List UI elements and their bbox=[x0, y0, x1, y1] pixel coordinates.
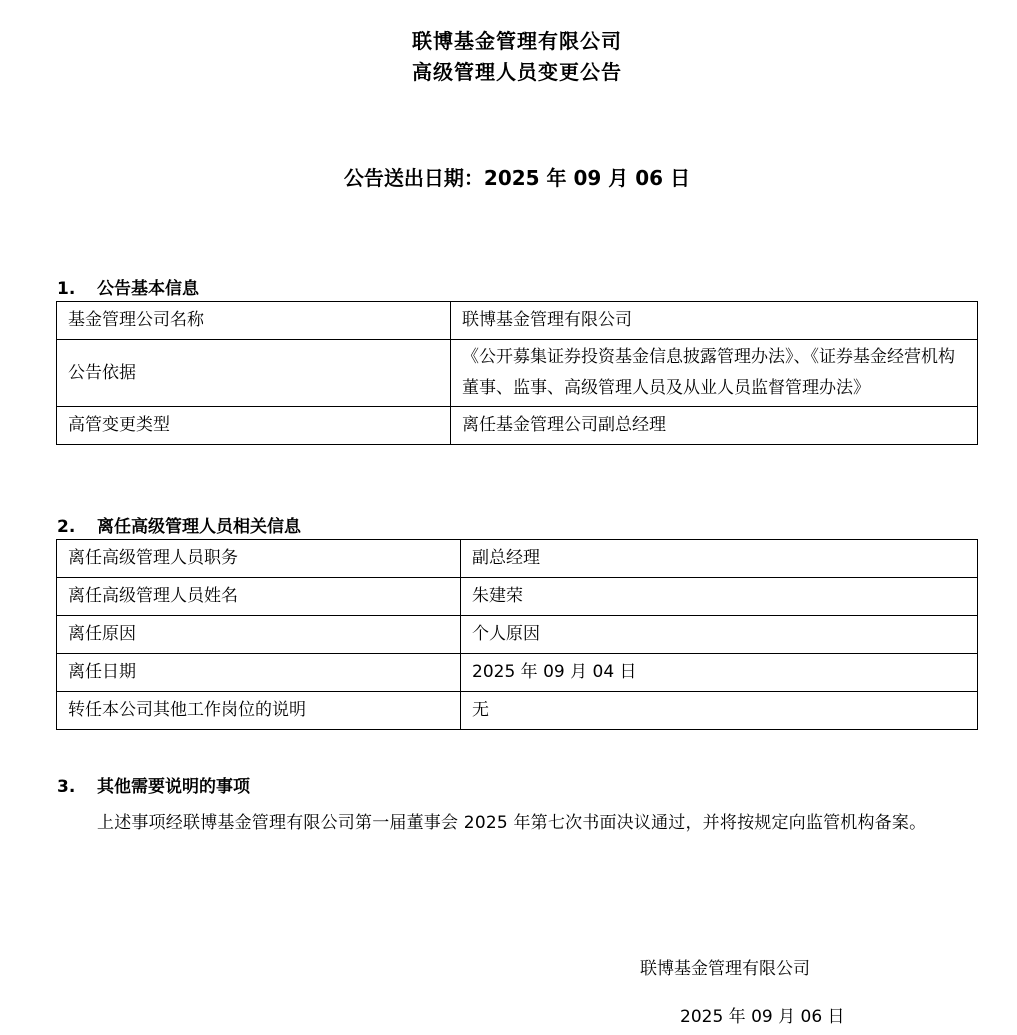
section-title: 其他需要说明的事项 bbox=[97, 777, 250, 797]
row-value: 2025 年 09 月 04 日 bbox=[461, 654, 978, 692]
section-number: 2. bbox=[57, 517, 97, 537]
table-row: 基金管理公司名称 联博基金管理有限公司 bbox=[57, 302, 978, 340]
section-3-heading: 3.其他需要说明的事项 bbox=[57, 772, 250, 797]
row-label: 高管变更类型 bbox=[57, 407, 451, 445]
row-value: 无 bbox=[461, 692, 978, 730]
row-label: 基金管理公司名称 bbox=[57, 302, 451, 340]
section-title: 离任高级管理人员相关信息 bbox=[97, 517, 301, 537]
section-title: 公告基本信息 bbox=[97, 279, 199, 299]
row-value: 《公开募集证券投资基金信息披露管理办法》、《证券基金经营机构董事、监事、高级管理… bbox=[451, 340, 978, 407]
row-label: 离任高级管理人员职务 bbox=[57, 540, 461, 578]
row-value: 离任基金管理公司副总经理 bbox=[451, 407, 978, 445]
signature-company: 联博基金管理有限公司 bbox=[640, 954, 810, 979]
other-matters-paragraph: 上述事项经联博基金管理有限公司第一届董事会 2025 年第七次书面决议通过，并将… bbox=[57, 800, 979, 847]
departing-executive-table: 离任高级管理人员职务 副总经理 离任高级管理人员姓名 朱建荣 离任原因 个人原因… bbox=[56, 539, 978, 730]
table-row: 公告依据 《公开募集证券投资基金信息披露管理办法》、《证券基金经营机构董事、监事… bbox=[57, 340, 978, 407]
table-row: 离任原因 个人原因 bbox=[57, 616, 978, 654]
table-row: 离任高级管理人员职务 副总经理 bbox=[57, 540, 978, 578]
row-label: 离任原因 bbox=[57, 616, 461, 654]
signature-date: 2025 年 09 月 06 日 bbox=[680, 1002, 845, 1027]
row-label: 离任高级管理人员姓名 bbox=[57, 578, 461, 616]
company-title: 联博基金管理有限公司 bbox=[0, 25, 1017, 54]
table-row: 转任本公司其他工作岗位的说明 无 bbox=[57, 692, 978, 730]
row-value: 联博基金管理有限公司 bbox=[451, 302, 978, 340]
section-1-heading: 1.公告基本信息 bbox=[57, 274, 199, 299]
section-number: 1. bbox=[57, 279, 97, 299]
basic-info-table: 基金管理公司名称 联博基金管理有限公司 公告依据 《公开募集证券投资基金信息披露… bbox=[56, 301, 978, 445]
section-2-heading: 2.离任高级管理人员相关信息 bbox=[57, 512, 301, 537]
send-date: 公告送出日期：2025 年 09 月 06 日 bbox=[0, 162, 1017, 191]
section-number: 3. bbox=[57, 777, 97, 797]
table-row: 离任高级管理人员姓名 朱建荣 bbox=[57, 578, 978, 616]
table-row: 离任日期 2025 年 09 月 04 日 bbox=[57, 654, 978, 692]
table-row: 高管变更类型 离任基金管理公司副总经理 bbox=[57, 407, 978, 445]
row-value: 朱建荣 bbox=[461, 578, 978, 616]
announcement-title: 高级管理人员变更公告 bbox=[0, 56, 1017, 85]
row-label: 公告依据 bbox=[57, 340, 451, 407]
row-label: 转任本公司其他工作岗位的说明 bbox=[57, 692, 461, 730]
row-value: 副总经理 bbox=[461, 540, 978, 578]
row-label: 离任日期 bbox=[57, 654, 461, 692]
row-value: 个人原因 bbox=[461, 616, 978, 654]
